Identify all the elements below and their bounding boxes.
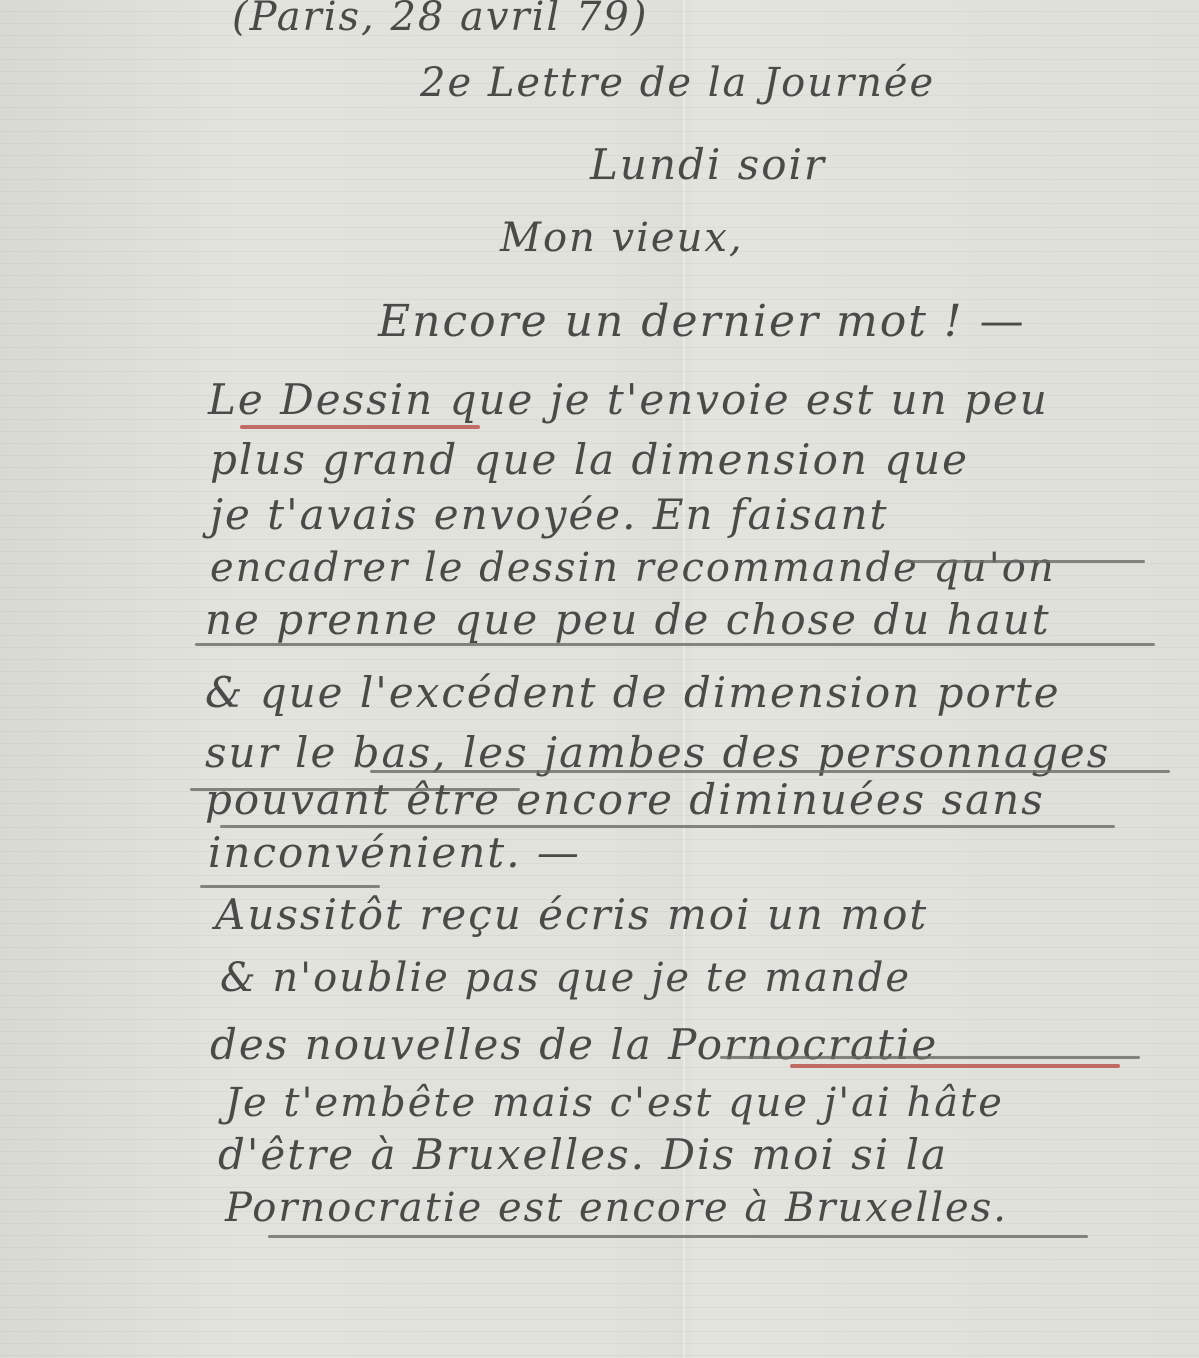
underline-line-6	[195, 643, 1155, 646]
salutation: Mon vieux,	[500, 215, 744, 261]
letter-line-5: encadrer le dessin recommande qu'on	[210, 545, 1056, 591]
letter-line-9: pouvant être encore diminuées sans	[205, 775, 1045, 824]
letter-line-15: d'être à Bruxelles. Dis moi si la	[218, 1130, 948, 1179]
letter-line-11: Aussitôt reçu écris moi un mot	[215, 890, 928, 939]
letter-line-6: ne prenne que peu de chose du haut	[205, 595, 1051, 644]
letter-line-7: & que l'excédent de dimension porte	[205, 668, 1061, 717]
letter-line-12: & n'oublie pas que je te mande	[220, 955, 911, 1001]
letter-line-10: inconvénient. —	[208, 828, 581, 877]
place-date: (Paris, 28 avril 79)	[232, 0, 648, 40]
letter-line-3: plus grand que la dimension que	[210, 435, 969, 484]
letter-line-4: je t'avais envoyée. En faisant	[210, 490, 888, 539]
letter-line-2: Le Dessin que je t'envoie est un peu	[208, 375, 1049, 424]
underline-line-16	[268, 1235, 1088, 1238]
letter-subtitle: 2e Lettre de la Journée	[420, 60, 935, 106]
red-underline-pornocratie	[790, 1064, 1120, 1068]
underline-pornocratie	[720, 1056, 1140, 1059]
underline-line-10	[200, 885, 380, 888]
letter-page: (Paris, 28 avril 79) 2e Lettre de la Jou…	[0, 0, 1199, 1358]
underline-line-8	[370, 770, 1170, 773]
letter-day: Lundi soir	[590, 140, 826, 189]
letter-line-13: des nouvelles de la Pornocratie	[210, 1020, 938, 1069]
letter-line-14: Je t'embête mais c'est que j'ai hâte	[225, 1080, 1004, 1126]
letter-line-16: Pornocratie est encore à Bruxelles.	[225, 1185, 1008, 1231]
red-underline-dessin	[240, 425, 480, 429]
letter-line-1: Encore un dernier mot ! —	[378, 296, 1026, 347]
underline-line-5	[905, 560, 1145, 563]
